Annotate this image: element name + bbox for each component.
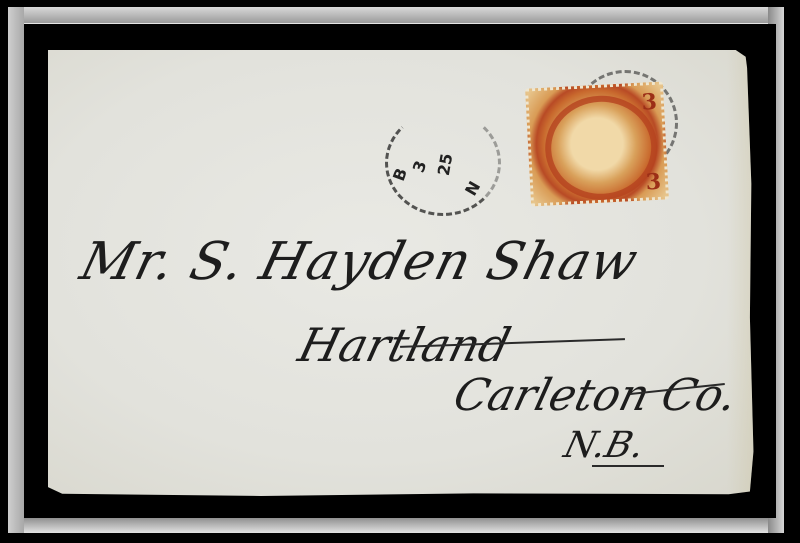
postmark: B 3 25 N [385,110,501,216]
address-county: Carleton Co. [449,370,743,421]
postmark-fragment: 3 [409,158,431,175]
address-province: N.B. [560,425,649,466]
address-underline [592,465,664,467]
stamp-denomination: 3 [645,169,662,196]
stamp-denomination: 3 [641,89,658,116]
postmark-fragment: N [461,178,484,199]
postmark-fragment: 25 [434,152,457,177]
address-recipient: Mr. S. Hayden Shaw [75,232,645,292]
postage-stamp: 3 3 [525,81,669,206]
